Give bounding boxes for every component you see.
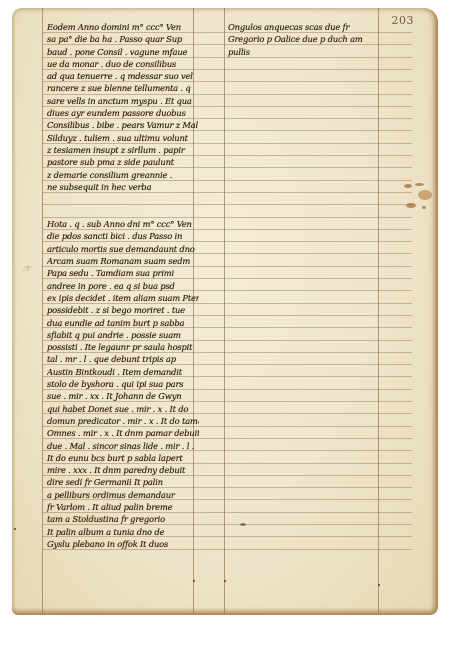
entry-gap: [47, 193, 199, 218]
text-line: diues ayr eundem passore duobus: [47, 107, 199, 119]
text-line: mire . xxx . It dnm paredny debuit: [47, 464, 199, 476]
manicule-mark: ☞: [22, 264, 31, 275]
text-line: ad qua tenuerre . q mdessar suo vel: [47, 70, 199, 82]
right-text-column: Ongulos anquecas scas due frGregorio p O…: [228, 21, 388, 58]
text-line: sare vells in anctum myspu . Et qua: [47, 95, 199, 107]
stain: [404, 184, 412, 188]
text-line: tam a Stoldustina fr gregorio: [47, 513, 199, 525]
text-line: Silduyz . tuliem . sua ultimu volunt: [47, 132, 199, 144]
text-line: articulo mortis sue demandaunt dno: [47, 243, 199, 255]
text-line: dua eundie ad tanim burt p sabba: [47, 317, 199, 329]
ruling-left-margin: [42, 8, 43, 613]
text-line: domun predicator . mir . x . It do tamq: [47, 415, 199, 427]
text-line: Gyslu plebano in offok It duos: [47, 538, 199, 550]
text-line: Consilibus . bibe . pears Vamur z Mal: [47, 119, 199, 131]
pricking-mark: [14, 528, 16, 530]
text-line: z tesiamen insupt z sirllum . papir: [47, 144, 199, 156]
entry-2: Hota . q . sub Anno dni m° ccc° Vendie p…: [47, 218, 199, 550]
manuscript-page: 203 Eodem Anno domini m° ccc° Vensa pa° …: [12, 8, 438, 615]
text-line: It palin album a tunia dno de: [47, 526, 199, 538]
stain: [415, 183, 424, 186]
text-line: Austin Bintkoudi . Item demandit: [47, 366, 199, 378]
pricking-mark: [224, 580, 226, 582]
stain: [422, 206, 426, 209]
pricking-mark: [193, 580, 195, 582]
text-line: stolo de byshora . qui ipi sua pars: [47, 378, 199, 390]
text-line: sfiabit q pui andrie . possie suam: [47, 329, 199, 341]
text-line: ne subsequit in hec verba: [47, 181, 199, 193]
text-line: ex ipis decidet . item aliam suam Ptem: [47, 292, 199, 304]
text-line: Papa sedu . Tamdiam sua primi: [47, 267, 199, 279]
text-line: sue . mir . xx . It Johann de Gwyn: [47, 390, 199, 402]
text-line: Arcam suam Romanam suam sedm: [47, 255, 199, 267]
ruling-right-column-left: [224, 8, 225, 613]
text-line: possisti . Ite legaunr pr saula hospit: [47, 341, 199, 353]
text-line: pullis: [228, 46, 388, 58]
stain: [406, 203, 416, 208]
text-line: Omnes . mir . x . It dnm pamar debuit: [47, 427, 199, 439]
ink-blot: [240, 523, 246, 526]
text-line: pastore sub pma z side paulunt: [47, 156, 199, 168]
pricking-mark: [378, 584, 380, 586]
ruling-right-margin: [378, 8, 379, 613]
text-line: ue da monar . duo de consilibus: [47, 58, 199, 70]
text-line: Gregorio p Oalice due p duch am: [228, 33, 388, 45]
text-line: Hota . q . sub Anno dni m° ccc° Ven: [47, 218, 199, 230]
text-line: Ongulos anquecas scas due fr: [228, 21, 388, 33]
entry-1: Eodem Anno domini m° ccc° Vensa pa° die …: [47, 21, 199, 193]
text-line: Eodem Anno domini m° ccc° Ven: [47, 21, 199, 33]
text-line: dire sedi fr Germanii It palin: [47, 476, 199, 488]
text-line: z demarie consilium greannie .: [47, 169, 199, 181]
text-line: tal . mr . l . que debunt tripis ap: [47, 353, 199, 365]
folio-number: 203: [392, 14, 415, 27]
text-line: due . Mal . sincor sinas lide . mir . l …: [47, 440, 199, 452]
text-line: a pelliburs ordimus demandaur: [47, 489, 199, 501]
text-line: rancere z sue blenne tellumenta . q: [47, 82, 199, 94]
entry-1: Ongulos anquecas scas due frGregorio p O…: [228, 21, 388, 58]
text-line: andree in pore . ea q si bua psd: [47, 280, 199, 292]
text-line: fr Varlom . It aliud palin breme: [47, 501, 199, 513]
text-line: It do eunu bcs burt p sabla lapert: [47, 452, 199, 464]
text-line: sa pa° die ba ha . Passo quar Sup: [47, 33, 199, 45]
text-line: baud . pone Consil . vagune mfaue: [47, 46, 199, 58]
text-line: qui habet Donet sue . mir . x . It do: [47, 403, 199, 415]
text-line: possidebit . z si bego moriret . tue: [47, 304, 199, 316]
text-line: die pdos sancti bici . dus Passo in: [47, 230, 199, 242]
stain: [418, 190, 432, 200]
left-text-column: Eodem Anno domini m° ccc° Vensa pa° die …: [47, 21, 199, 550]
